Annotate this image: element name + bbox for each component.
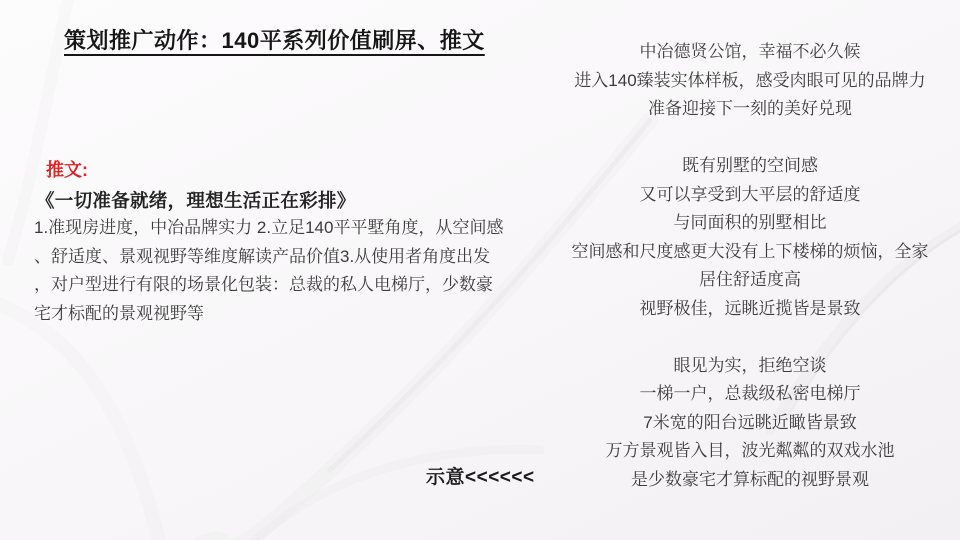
- slide-title-prefix: 策划推广动作：: [64, 28, 222, 53]
- slide-title: 策划推广动作：140平系列价值刷屏、推文: [64, 26, 485, 56]
- tweet-body-paragraph: 1.准现房进度，中冶品牌实力 2.立足140平平墅角度，从空间感 、舒适度、景观…: [34, 214, 504, 328]
- marble-vein: [0, 300, 160, 540]
- slide-title-highlight: 140平系列价值刷屏、推文: [222, 28, 485, 53]
- copy-stanza-brand-intro: 中冶德贤公馆，幸福不必久候 进入140臻装实体样板，感受肉眼可见的品牌力 准备迎…: [548, 38, 952, 124]
- copy-stanza-space-value: 既有别墅的空间感 又可以享受到大平层的舒适度 与同面积的别墅相比 空间感和尺度感…: [548, 152, 952, 323]
- tweet-headline: 《一切准备就绪，理想生活正在彩排》: [36, 187, 356, 213]
- slide: { "slide": { "title": { "prefix": "策划推广动…: [0, 0, 960, 540]
- copywriting-column: 中冶德贤公馆，幸福不必久候 进入140臻装实体样板，感受肉眼可见的品牌力 准备迎…: [548, 38, 952, 523]
- copy-stanza-view-value: 眼见为实，拒绝空谈 一梯一户，总裁级私密电梯厅 7米宽的阳台远眺近瞰皆景致 万方…: [548, 352, 952, 495]
- tweet-label: 推文:: [46, 156, 88, 182]
- schematic-hint: 示意<<<<<<: [426, 462, 535, 489]
